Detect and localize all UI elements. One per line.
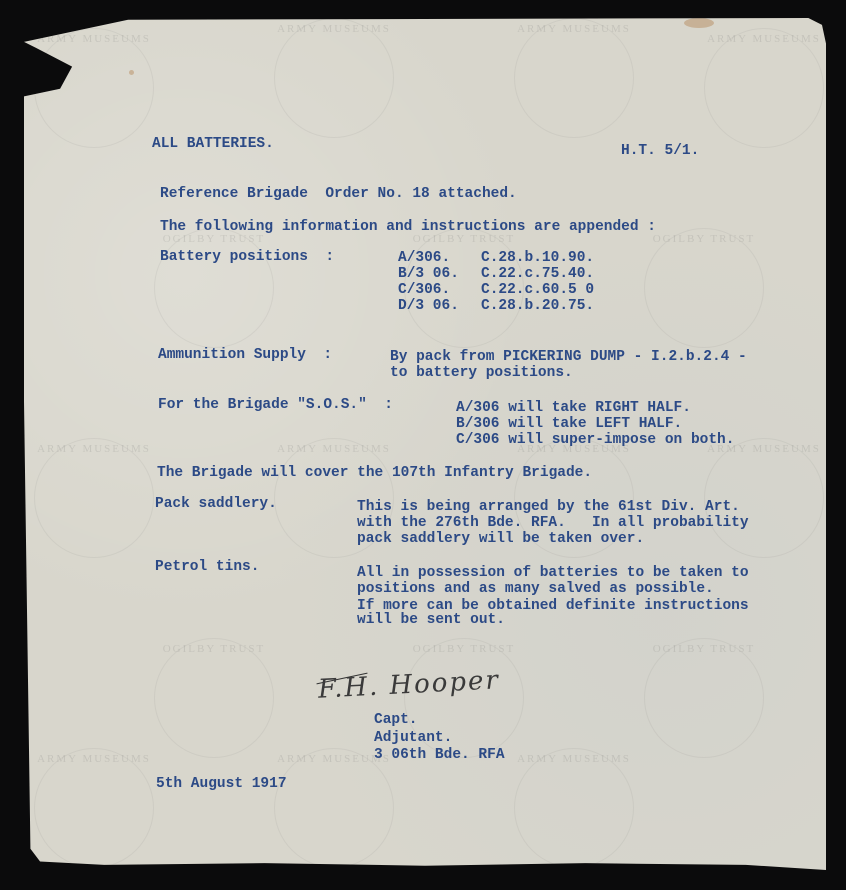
- reference-line: Reference Brigade Order No. 18 attached.: [160, 186, 517, 202]
- battery-id: D/3 06.: [398, 298, 459, 314]
- battery-grid-ref: C.28.b.10.90.: [481, 250, 594, 266]
- signatory-unit: 3 06th Bde. RFA: [374, 747, 505, 763]
- battery-grid-ref: C.22.c.75.40.: [481, 266, 594, 282]
- watermark-seal: OGILBY TRUST: [154, 228, 274, 348]
- watermark-seal: OGILBY TRUST: [644, 228, 764, 348]
- intro-line: The following information and instructio…: [160, 219, 656, 235]
- watermark-seal: ARMY MUSEUMS: [274, 748, 394, 868]
- ammunition-supply-label: Ammunition Supply :: [158, 347, 332, 363]
- recipient-heading: ALL BATTERIES.: [152, 136, 274, 152]
- watermark-seal: ARMY MUSEUMS: [514, 748, 634, 868]
- signatory-role: Adjutant.: [374, 730, 452, 746]
- ammunition-supply-line: to battery positions.: [390, 365, 573, 381]
- sos-line: B/306 will take LEFT HALF.: [456, 416, 682, 432]
- battery-id: C/306.: [398, 282, 450, 298]
- pack-saddlery-line: with the 276th Bde. RFA. In all probabil…: [357, 515, 749, 531]
- cover-line: The Brigade will cover the 107th Infantr…: [157, 465, 592, 481]
- ammunition-supply-line: By pack from PICKERING DUMP - I.2.b.2.4 …: [390, 349, 747, 365]
- battery-id: B/3 06.: [398, 266, 459, 282]
- pack-saddlery-line: pack saddlery will be taken over.: [357, 531, 644, 547]
- signatory-rank: Capt.: [374, 712, 418, 728]
- pack-saddlery-label: Pack saddlery.: [155, 496, 277, 512]
- petrol-tins-label: Petrol tins.: [155, 559, 259, 575]
- battery-positions-label: Battery positions :: [160, 249, 334, 265]
- battery-grid-ref: C.28.b.20.75.: [481, 298, 594, 314]
- sos-line: A/306 will take RIGHT HALF.: [456, 400, 691, 416]
- watermark-seal: ARMY MUSEUMS: [704, 438, 824, 558]
- watermark-seal: ARMY MUSEUMS: [274, 18, 394, 138]
- watermark-seal: ARMY MUSEUMS: [34, 28, 154, 148]
- watermark-seal: ARMY MUSEUMS: [34, 748, 154, 868]
- watermark-seal: OGILBY TRUST: [154, 638, 274, 758]
- pack-saddlery-line: This is being arranged by the 61st Div. …: [357, 499, 740, 515]
- watermark-seal: OGILBY TRUST: [644, 638, 764, 758]
- sos-line: C/306 will super-impose on both.: [456, 432, 734, 448]
- reference-code: H.T. 5/1.: [621, 143, 699, 159]
- petrol-tins-line: will be sent out.: [357, 612, 505, 628]
- watermark-seal: ARMY MUSEUMS: [704, 28, 824, 148]
- battery-grid-ref: C.22.c.60.5 0: [481, 282, 594, 298]
- petrol-tins-line: positions and as many salved as possible…: [357, 581, 714, 597]
- rust-stain: [129, 70, 134, 75]
- rust-stain: [684, 18, 714, 28]
- document-date: 5th August 1917: [156, 776, 287, 792]
- watermark-seal: ARMY MUSEUMS: [34, 438, 154, 558]
- sos-label: For the Brigade "S.O.S." :: [158, 397, 393, 413]
- battery-id: A/306.: [398, 250, 450, 266]
- petrol-tins-line: All in possession of batteries to be tak…: [357, 565, 749, 581]
- watermark-seal: ARMY MUSEUMS: [514, 18, 634, 138]
